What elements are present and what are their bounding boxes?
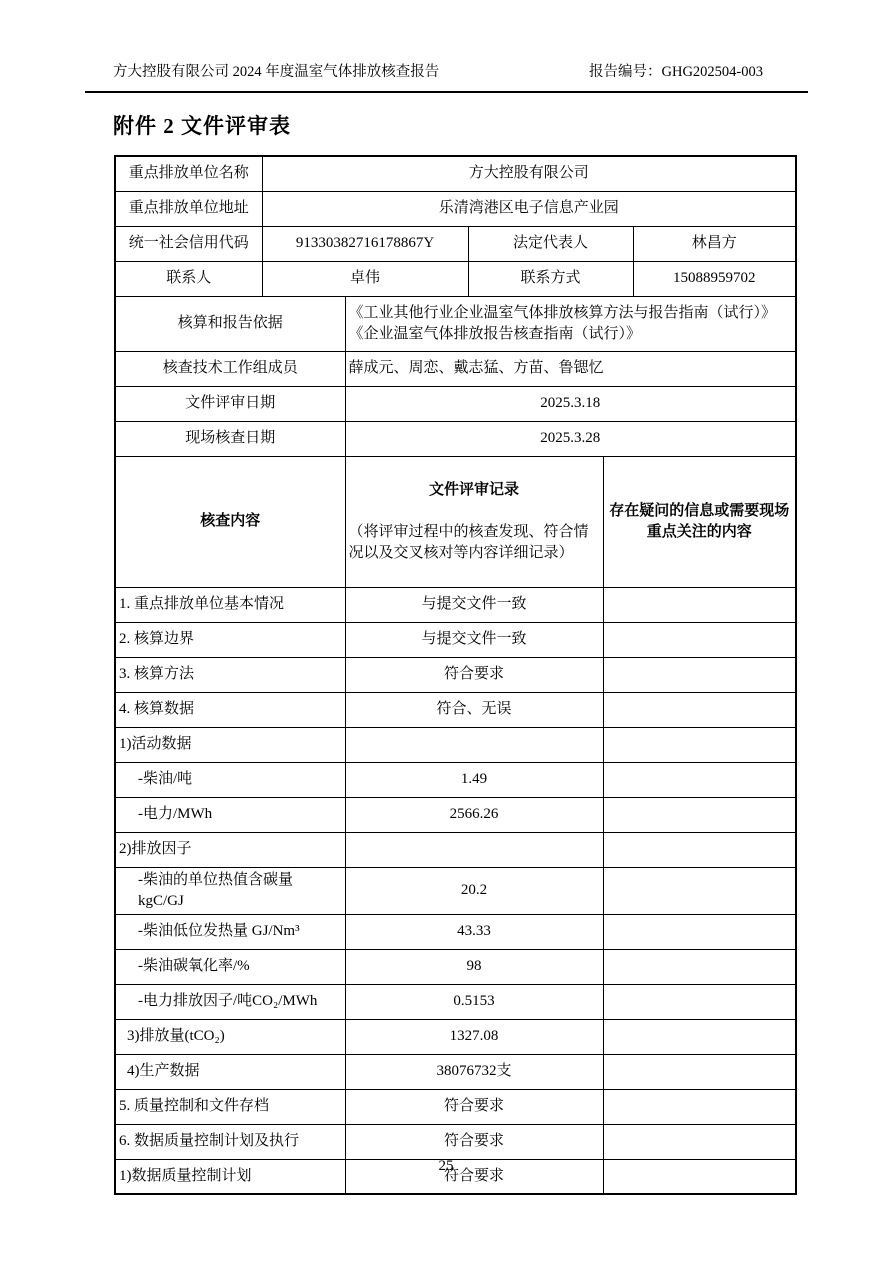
doc-header-report-no: 报告编号：GHG202504-003 xyxy=(589,60,808,81)
review-item-cell: 2)排放因子 xyxy=(115,832,345,867)
review-finding-cell: 符合要求 xyxy=(345,657,603,692)
review-question-cell xyxy=(603,914,796,949)
review-finding-cell: 符合、无误 xyxy=(345,692,603,727)
review-row: 1)活动数据 xyxy=(115,727,796,762)
review-item-cell: 3)排放量(tCO₂) xyxy=(115,1019,345,1054)
entity-name-label: 重点排放单位名称 xyxy=(115,156,262,191)
review-finding-cell xyxy=(345,727,603,762)
review-item-cell: -柴油/吨 xyxy=(115,762,345,797)
credit-code-row: 统一社会信用代码 91330382716178867Y 法定代表人 林昌方 xyxy=(115,226,796,261)
credit-code-value: 91330382716178867Y xyxy=(262,226,468,261)
review-question-cell xyxy=(603,949,796,984)
review-question-cell xyxy=(603,984,796,1019)
review-row: 4. 核算数据符合、无误 xyxy=(115,692,796,727)
review-finding-cell xyxy=(345,832,603,867)
review-row: 3)排放量(tCO₂)1327.08 xyxy=(115,1019,796,1054)
contact-value: 卓伟 xyxy=(262,261,468,296)
credit-code-label: 统一社会信用代码 xyxy=(115,226,262,261)
doc-header-title: 方大控股有限公司 2024 年度温室气体排放核查报告 xyxy=(85,60,439,81)
phone-value: 15088959702 xyxy=(633,261,796,296)
contact-label: 联系人 xyxy=(115,261,262,296)
review-item-cell: -柴油低位发热量 GJ/Nm³ xyxy=(115,914,345,949)
review-row: 6. 数据质量控制计划及执行符合要求 xyxy=(115,1124,796,1159)
basis-label: 核算和报告依据 xyxy=(115,296,345,351)
review-finding-cell: 符合要求 xyxy=(345,1089,603,1124)
page-number: 25 xyxy=(0,1158,892,1175)
review-finding-cell: 98 xyxy=(345,949,603,984)
doc-review-date-row: 文件评审日期 2025.3.18 xyxy=(115,386,796,421)
verification-info-section: 核算和报告依据 《工业其他行业企业温室气体排放核算方法与报告指南（试行）》 《企… xyxy=(115,296,796,456)
review-question-cell xyxy=(603,657,796,692)
review-question-cell xyxy=(603,692,796,727)
review-question-cell xyxy=(603,1089,796,1124)
review-finding-cell: 2566.26 xyxy=(345,797,603,832)
review-row: 4)生产数据38076732支 xyxy=(115,1054,796,1089)
review-row: -电力/MWh2566.26 xyxy=(115,797,796,832)
legal-rep-label: 法定代表人 xyxy=(468,226,633,261)
review-item-cell: 1. 重点排放单位基本情况 xyxy=(115,587,345,622)
review-finding-cell: 0.5153 xyxy=(345,984,603,1019)
review-finding-cell: 与提交文件一致 xyxy=(345,587,603,622)
site-visit-date-row: 现场核查日期 2025.3.28 xyxy=(115,421,796,456)
review-item-cell: -电力/MWh xyxy=(115,797,345,832)
site-visit-date-label: 现场核查日期 xyxy=(115,421,345,456)
review-row: 2. 核算边界与提交文件一致 xyxy=(115,622,796,657)
entity-address-row: 重点排放单位地址 乐清湾港区电子信息产业园 xyxy=(115,191,796,226)
review-question-cell xyxy=(603,867,796,914)
entity-address-value: 乐清湾港区电子信息产业园 xyxy=(262,191,796,226)
review-row: -柴油碳氧化率/%98 xyxy=(115,949,796,984)
review-question-cell xyxy=(603,1019,796,1054)
review-question-cell xyxy=(603,1054,796,1089)
review-item-cell: -柴油的单位热值含碳量 kgC/GJ xyxy=(115,867,345,914)
review-question-cell xyxy=(603,1124,796,1159)
review-row: -电力排放因子/吨CO₂/MWh0.5153 xyxy=(115,984,796,1019)
review-item-cell: 6. 数据质量控制计划及执行 xyxy=(115,1124,345,1159)
review-row: -柴油/吨1.49 xyxy=(115,762,796,797)
doc-review-date-label: 文件评审日期 xyxy=(115,386,345,421)
document-page: 方大控股有限公司 2024 年度温室气体排放核查报告 报告编号：GHG20250… xyxy=(0,0,892,1262)
review-finding-cell: 38076732支 xyxy=(345,1054,603,1089)
review-item-cell: -电力排放因子/吨CO₂/MWh xyxy=(115,984,345,1019)
review-row: 2)排放因子 xyxy=(115,832,796,867)
review-record-note: （将评审过程中的核查发现、符合情况以及交叉核对等内容详细记录） xyxy=(349,522,600,564)
review-finding-cell: 20.2 xyxy=(345,867,603,914)
entity-name-row: 重点排放单位名称 方大控股有限公司 xyxy=(115,156,796,191)
phone-label: 联系方式 xyxy=(468,261,633,296)
review-record-title: 文件评审记录 xyxy=(349,480,600,501)
review-header-section: 核查内容 文件评审记录 （将评审过程中的核查发现、符合情况以及交叉核对等内容详细… xyxy=(115,456,796,587)
team-label: 核查技术工作组成员 xyxy=(115,351,345,386)
review-question-cell xyxy=(603,622,796,657)
review-item-cell: -柴油碳氧化率/% xyxy=(115,949,345,984)
review-questions-header: 存在疑问的信息或需要现场重点关注的内容 xyxy=(603,456,796,587)
review-row: 1. 重点排放单位基本情况与提交文件一致 xyxy=(115,587,796,622)
legal-rep-value: 林昌方 xyxy=(633,226,796,261)
review-content-header: 核查内容 xyxy=(115,456,345,587)
review-finding-cell: 与提交文件一致 xyxy=(345,622,603,657)
entity-name-value: 方大控股有限公司 xyxy=(262,156,796,191)
review-question-cell xyxy=(603,797,796,832)
review-row: -柴油的单位热值含碳量 kgC/GJ20.2 xyxy=(115,867,796,914)
page-header: 方大控股有限公司 2024 年度温室气体排放核查报告 报告编号：GHG20250… xyxy=(85,60,808,93)
review-question-cell xyxy=(603,762,796,797)
entity-address-label: 重点排放单位地址 xyxy=(115,191,262,226)
review-finding-cell: 1327.08 xyxy=(345,1019,603,1054)
review-row: -柴油低位发热量 GJ/Nm³43.33 xyxy=(115,914,796,949)
review-item-cell: 4. 核算数据 xyxy=(115,692,345,727)
review-question-cell xyxy=(603,832,796,867)
review-item-cell: 2. 核算边界 xyxy=(115,622,345,657)
review-question-cell xyxy=(603,587,796,622)
contact-row: 联系人 卓伟 联系方式 15088959702 xyxy=(115,261,796,296)
site-visit-date-value: 2025.3.28 xyxy=(345,421,796,456)
review-row: 5. 质量控制和文件存档符合要求 xyxy=(115,1089,796,1124)
entity-info-section: 重点排放单位名称 方大控股有限公司 重点排放单位地址 乐清湾港区电子信息产业园 … xyxy=(115,156,796,296)
review-row: 3. 核算方法符合要求 xyxy=(115,657,796,692)
team-value: 薛成元、周恋、戴志猛、方苗、鲁锶忆 xyxy=(345,351,796,386)
review-item-cell: 5. 质量控制和文件存档 xyxy=(115,1089,345,1124)
basis-value: 《工业其他行业企业温室气体排放核算方法与报告指南（试行）》 《企业温室气体排放报… xyxy=(345,296,796,351)
review-item-cell: 4)生产数据 xyxy=(115,1054,345,1089)
review-record-header: 文件评审记录 （将评审过程中的核查发现、符合情况以及交叉核对等内容详细记录） xyxy=(345,456,603,587)
review-finding-cell: 43.33 xyxy=(345,914,603,949)
document-review-table: 重点排放单位名称 方大控股有限公司 重点排放单位地址 乐清湾港区电子信息产业园 … xyxy=(114,155,797,1195)
team-row: 核查技术工作组成员 薛成元、周恋、戴志猛、方苗、鲁锶忆 xyxy=(115,351,796,386)
attachment-title: 附件 2 文件评审表 xyxy=(113,110,291,140)
review-item-cell: 1)活动数据 xyxy=(115,727,345,762)
review-question-cell xyxy=(603,727,796,762)
review-finding-cell: 符合要求 xyxy=(345,1124,603,1159)
review-item-cell: 3. 核算方法 xyxy=(115,657,345,692)
review-finding-cell: 1.49 xyxy=(345,762,603,797)
review-rows-section: 1. 重点排放单位基本情况与提交文件一致2. 核算边界与提交文件一致3. 核算方… xyxy=(115,587,796,1194)
basis-row: 核算和报告依据 《工业其他行业企业温室气体排放核算方法与报告指南（试行）》 《企… xyxy=(115,296,796,351)
doc-review-date-value: 2025.3.18 xyxy=(345,386,796,421)
review-header-row: 核查内容 文件评审记录 （将评审过程中的核查发现、符合情况以及交叉核对等内容详细… xyxy=(115,456,796,587)
